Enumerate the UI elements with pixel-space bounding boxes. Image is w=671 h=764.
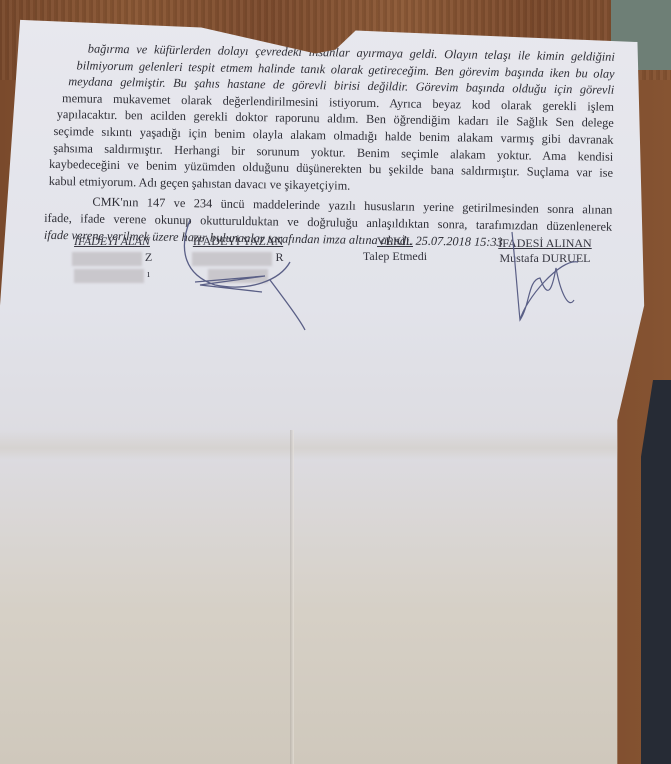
signature-ifadeyi-yazan: İFADEYİ YAZAN R	[188, 234, 288, 283]
signature-title: VEKİL	[350, 234, 440, 249]
signature-name: Mustafa DURUEL	[490, 251, 600, 266]
paper-fold-vertical	[290, 430, 294, 764]
signature-vekil: VEKİL Talep Etmedi	[350, 234, 440, 264]
signature-title: İFADEYİ YAZAN	[188, 234, 288, 249]
statement-body: bağırma ve küfürlerden dolayı çevredeki …	[52, 40, 615, 252]
paper-fold-horizontal	[0, 430, 640, 460]
dark-object-edge	[641, 380, 671, 764]
signature-title: İFADEYİ ALAN	[62, 234, 162, 249]
name-fragment: R	[275, 250, 283, 265]
statement-document-page: bağırma ve küfürlerden dolayı çevredeki …	[0, 0, 671, 764]
redacted-rank	[74, 269, 144, 283]
signature-ifadeyi-alan: İFADEYİ ALAN Z ı	[62, 234, 162, 283]
signature-title: İFADESİ ALINAN	[490, 236, 600, 251]
name-fragment: ı	[147, 269, 150, 280]
signature-name: Talep Etmedi	[350, 249, 440, 264]
redacted-name	[72, 252, 142, 266]
redacted-rank	[208, 269, 268, 283]
name-fragment: Z	[145, 250, 152, 265]
signature-ifadesi-alinan: İFADESİ ALINAN Mustafa DURUEL	[490, 236, 600, 266]
redacted-name	[192, 252, 272, 266]
